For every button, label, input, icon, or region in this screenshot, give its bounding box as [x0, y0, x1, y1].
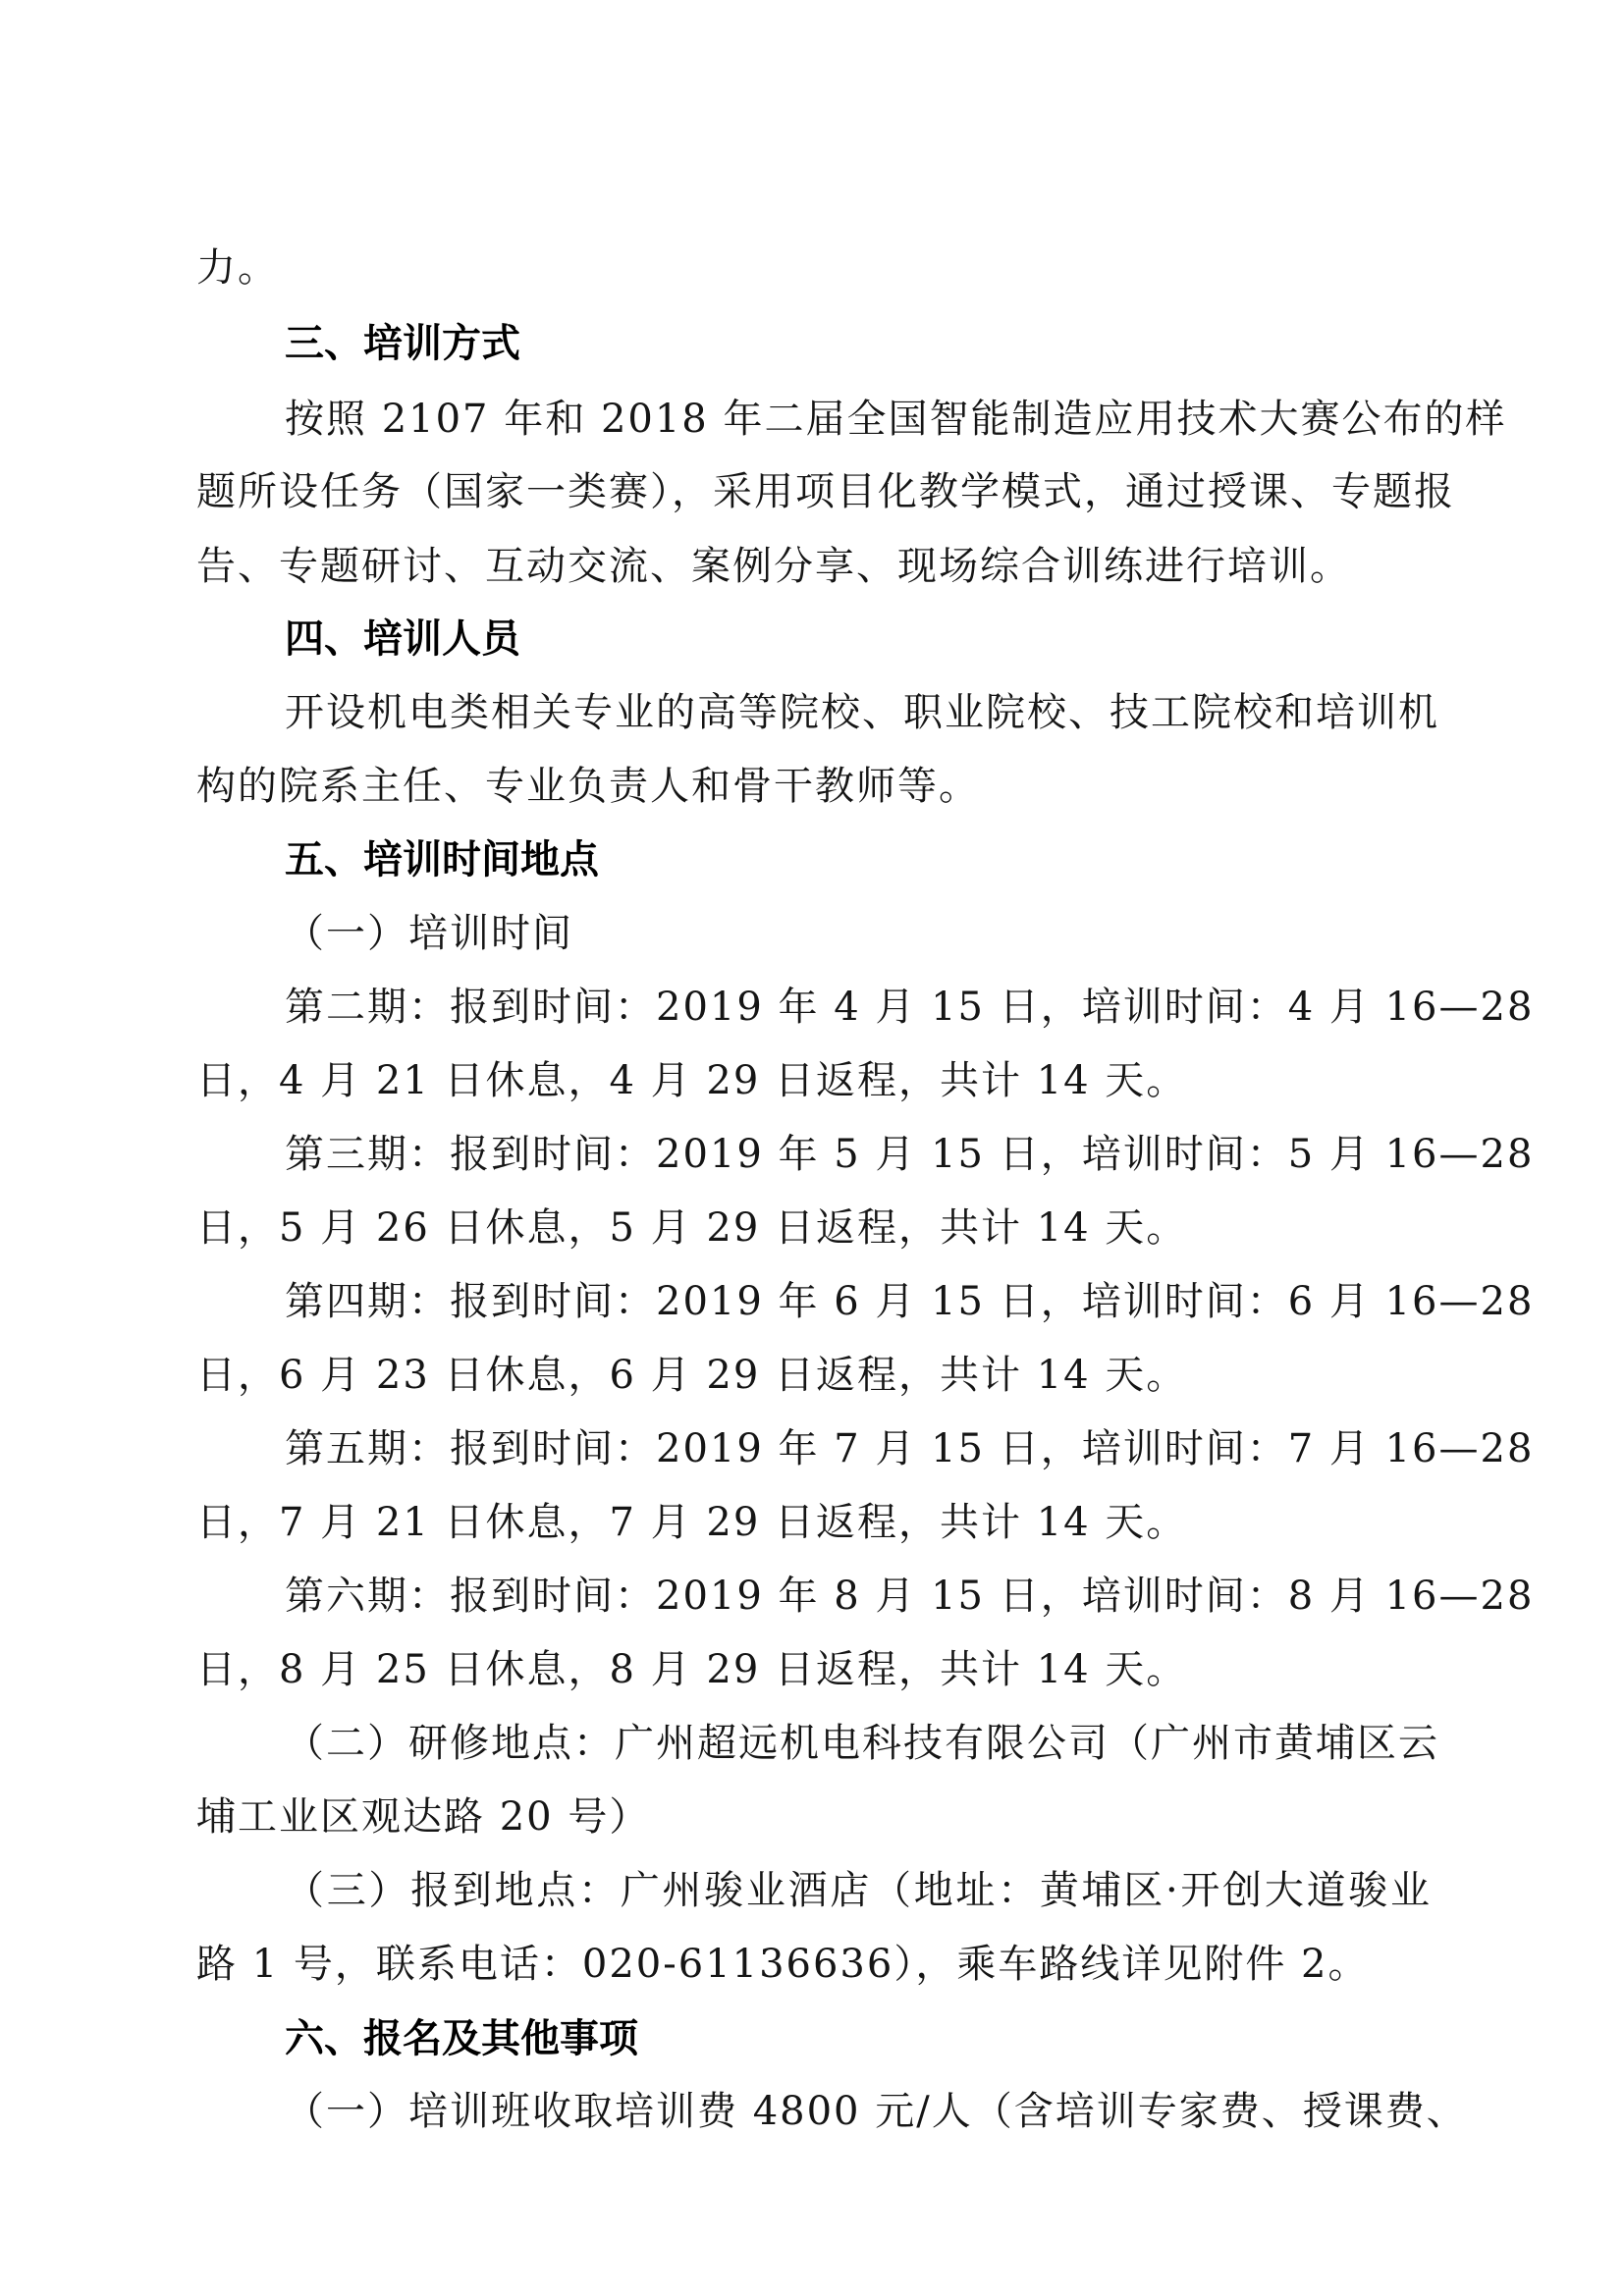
schedule-line-period-3-cont: 日，5 月 26 日休息，5 月 29 日返程，共计 14 天。: [196, 1204, 1432, 1252]
paragraph-line: 题所设任务（国家一类赛），采用项目化教学模式，通过授课、专题报: [196, 468, 1432, 515]
paragraph-line: 构的院系主任、专业负责人和骨干教师等。: [196, 763, 1432, 810]
paragraph-line: 按照 2107 年和 2018 年二届全国智能制造应用技术大赛公布的样: [285, 396, 1432, 443]
section-heading-time-location: 五、培训时间地点: [285, 836, 599, 883]
schedule-line-period-3: 第三期：报到时间：2019 年 5 月 15 日，培训时间：5 月 16—28: [285, 1131, 1432, 1178]
schedule-line-period-6-cont: 日，8 月 25 日休息，8 月 29 日返程，共计 14 天。: [196, 1646, 1432, 1693]
paragraph-line-continuation: 力。: [196, 244, 1432, 292]
section-heading-trainees: 四、培训人员: [285, 615, 520, 663]
schedule-line-period-4: 第四期：报到时间：2019 年 6 月 15 日，培训时间：6 月 16—28: [285, 1278, 1432, 1325]
schedule-line-period-6: 第六期：报到时间：2019 年 8 月 15 日，培训时间：8 月 16—28: [285, 1573, 1432, 1620]
fee-line: （一）培训班收取培训费 4800 元/人（含培训专家费、授课费、: [285, 2088, 1432, 2135]
schedule-line-period-5: 第五期：报到时间：2019 年 7 月 15 日，培训时间：7 月 16—28: [285, 1425, 1432, 1472]
section-heading-training-method: 三、培训方式: [285, 320, 520, 367]
check-in-location-line-cont: 路 1 号，联系电话：020-61136636），乘车路线详见附件 2。: [196, 1941, 1432, 1988]
document-page: 力。 三、培训方式 按照 2107 年和 2018 年二届全国智能制造应用技术大…: [0, 0, 1624, 2296]
check-in-location-line: （三）报到地点：广州骏业酒店（地址：黄埔区·开创大道骏业: [285, 1867, 1432, 1914]
study-location-line: （二）研修地点：广州超远机电科技有限公司（广州市黄埔区云: [285, 1720, 1432, 1767]
subsection-heading-training-time: （一）培训时间: [285, 910, 1432, 957]
schedule-line-period-2: 第二期：报到时间：2019 年 4 月 15 日，培训时间：4 月 16—28: [285, 984, 1432, 1031]
paragraph-line: 告、专题研讨、互动交流、案例分享、现场综合训练进行培训。: [196, 543, 1432, 590]
schedule-line-period-4-cont: 日，6 月 23 日休息，6 月 29 日返程，共计 14 天。: [196, 1352, 1432, 1399]
schedule-line-period-5-cont: 日，7 月 21 日休息，7 月 29 日返程，共计 14 天。: [196, 1499, 1432, 1546]
schedule-line-period-2-cont: 日，4 月 21 日休息，4 月 29 日返程，共计 14 天。: [196, 1057, 1432, 1104]
study-location-line-cont: 埔工业区观达路 20 号）: [196, 1793, 1432, 1841]
section-heading-registration: 六、报名及其他事项: [285, 2015, 638, 2062]
paragraph-line: 开设机电类相关专业的高等院校、职业院校、技工院校和培训机: [285, 689, 1432, 736]
